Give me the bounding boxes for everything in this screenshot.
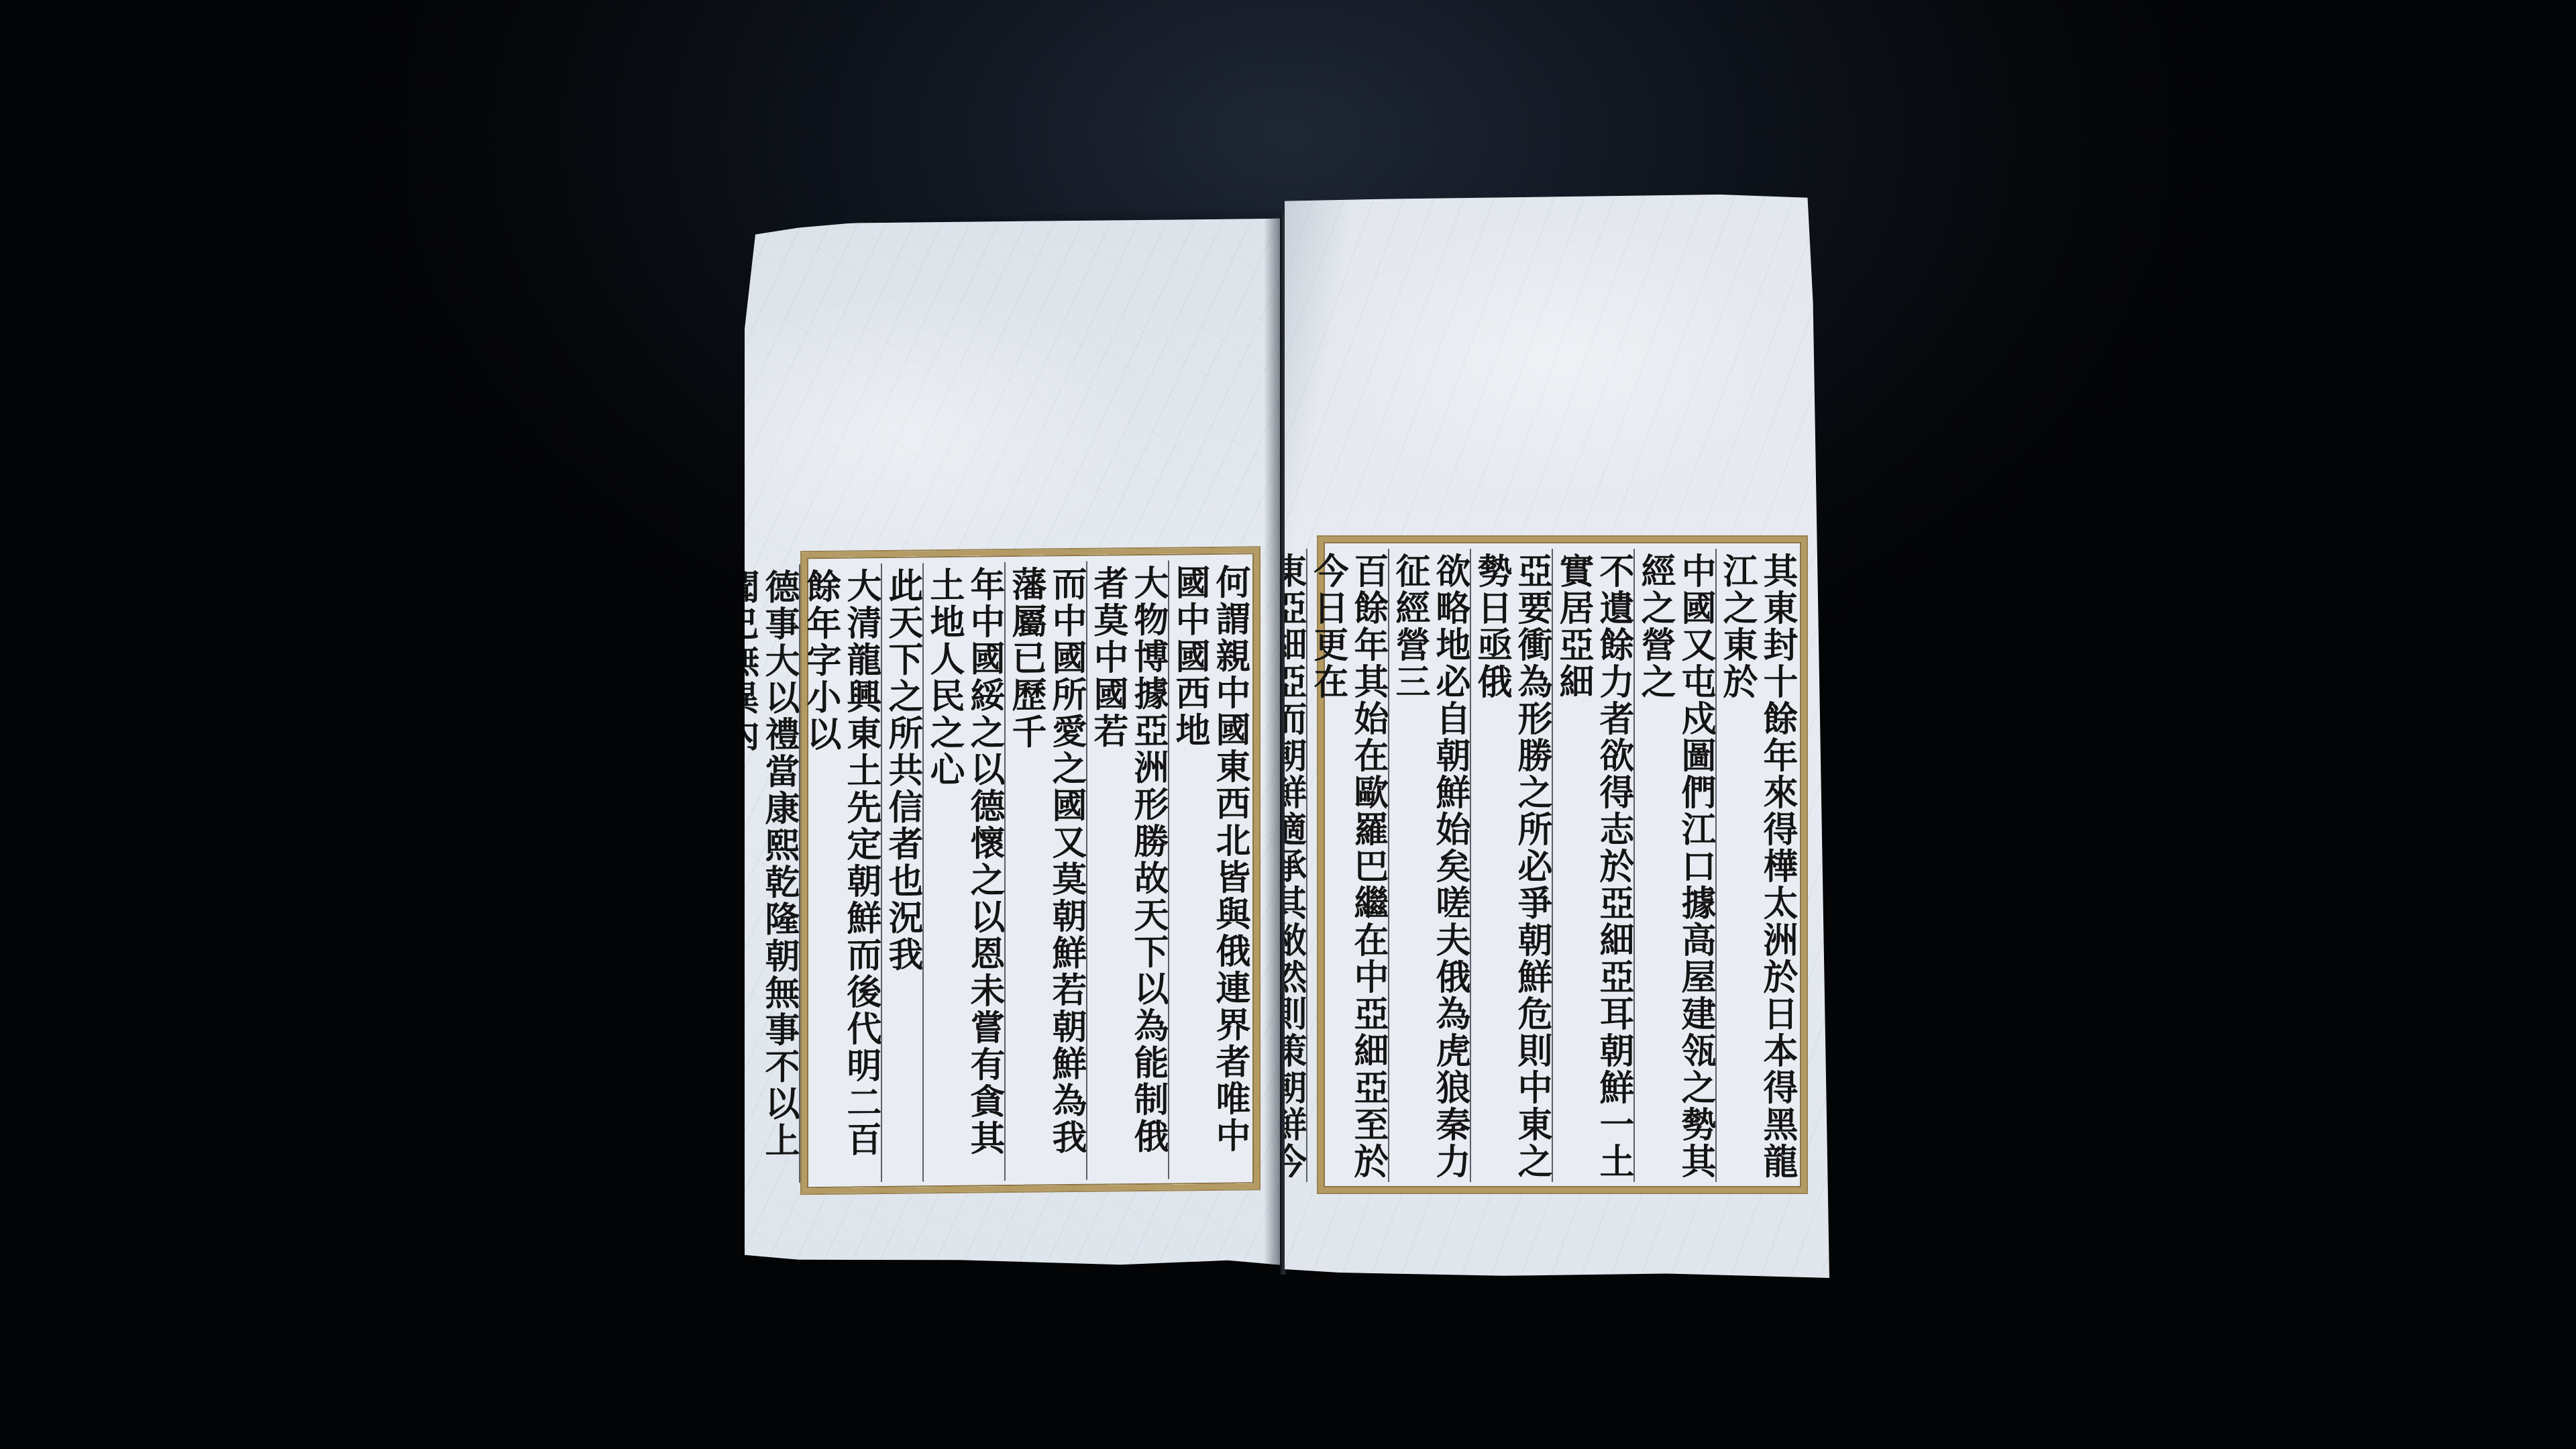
text-column: 百餘年其始在歐羅巴繼在中亞細亞至於今日更在 (1306, 549, 1388, 1182)
text-column: 中國又屯戍圖們江口據高屋建瓴之勢其經之營之 (1633, 549, 1715, 1182)
text-column: 而中國所愛之國又莫朝鮮若朝鮮為我藩屬已歷千 (1004, 561, 1086, 1181)
text-column: 亞要衝為形勝之所必爭朝鮮危則中東之勢日亟俄 (1470, 549, 1552, 1182)
text-column: 與越南之疏遠緬甸之褊僻相去固萬萬也嚮者朝鮮 (473, 567, 553, 1186)
right-text-frame: 其東封十餘年來得樺太洲於日本得黑龍江之東於 中國又屯戍圖們江口據高屋建瓴之勢其經… (1318, 537, 1807, 1193)
right-text-columns: 其東封十餘年來得樺太洲於日本得黑龍江之東於 中國又屯戍圖們江口據高屋建瓴之勢其經… (1328, 549, 1797, 1182)
left-text-columns: 何謂親中國東西北皆與俄連界者唯中國中國西地 大物博據亞洲形勝故天下以為能制俄者莫… (811, 559, 1250, 1183)
text-column: 欲略地必自朝鮮始矣嗟夫俄為虎狼秦力征經營三 (1388, 549, 1470, 1182)
left-text-frame: 何謂親中國東西北皆與俄連界者唯中國中國西地 大物博據亞洲形勝故天下以為能制俄者莫… (802, 547, 1259, 1193)
text-column: 大物博據亞洲形勝故天下以為能制俄者莫中國若 (1086, 561, 1168, 1180)
photo-stage: 何謂親中國東西北皆與俄連界者唯中國中國西地 大物博據亞洲形勝故天下以為能制俄者莫… (0, 0, 2576, 1449)
left-page: 何謂親中國東西北皆與俄連界者唯中國中國西地 大物博據亞洲形勝故天下以為能制俄者莫… (745, 219, 1281, 1271)
text-column: 其東封十餘年來得樺太洲於日本得黑龍江之東於 (1715, 549, 1797, 1182)
text-column: 地郡縣此非特文字同政教同情誼親睦已也抑亦形 (635, 566, 717, 1185)
text-column: 不遺餘力者欲得志於亞細亞耳朝鮮一土實居亞細 (1552, 549, 1633, 1182)
text-column: 德事大以禮當康熙乾隆朝無事不以上聞已無異內 (717, 564, 799, 1183)
text-column: 大清龍興東土先定朝鮮而後代明二百餘年字小以 (799, 563, 881, 1183)
text-column: 勢毘連拱衛神京有如左臂休戚相關而患難與共其 (553, 566, 635, 1185)
text-column: 何謂親中國東西北皆與俄連界者唯中國中國西地 (1168, 559, 1250, 1179)
right-page: 其東封十餘年來得樺太洲於日本得黑龍江之東於 中國又屯戍圖們江口據高屋建瓴之勢其經… (1285, 195, 1829, 1278)
text-column: 年中國綏之以德懷之以恩未嘗有貪其土地人民之心 (922, 562, 1004, 1181)
text-column: 此天下之所共信者也況我 (881, 563, 922, 1182)
